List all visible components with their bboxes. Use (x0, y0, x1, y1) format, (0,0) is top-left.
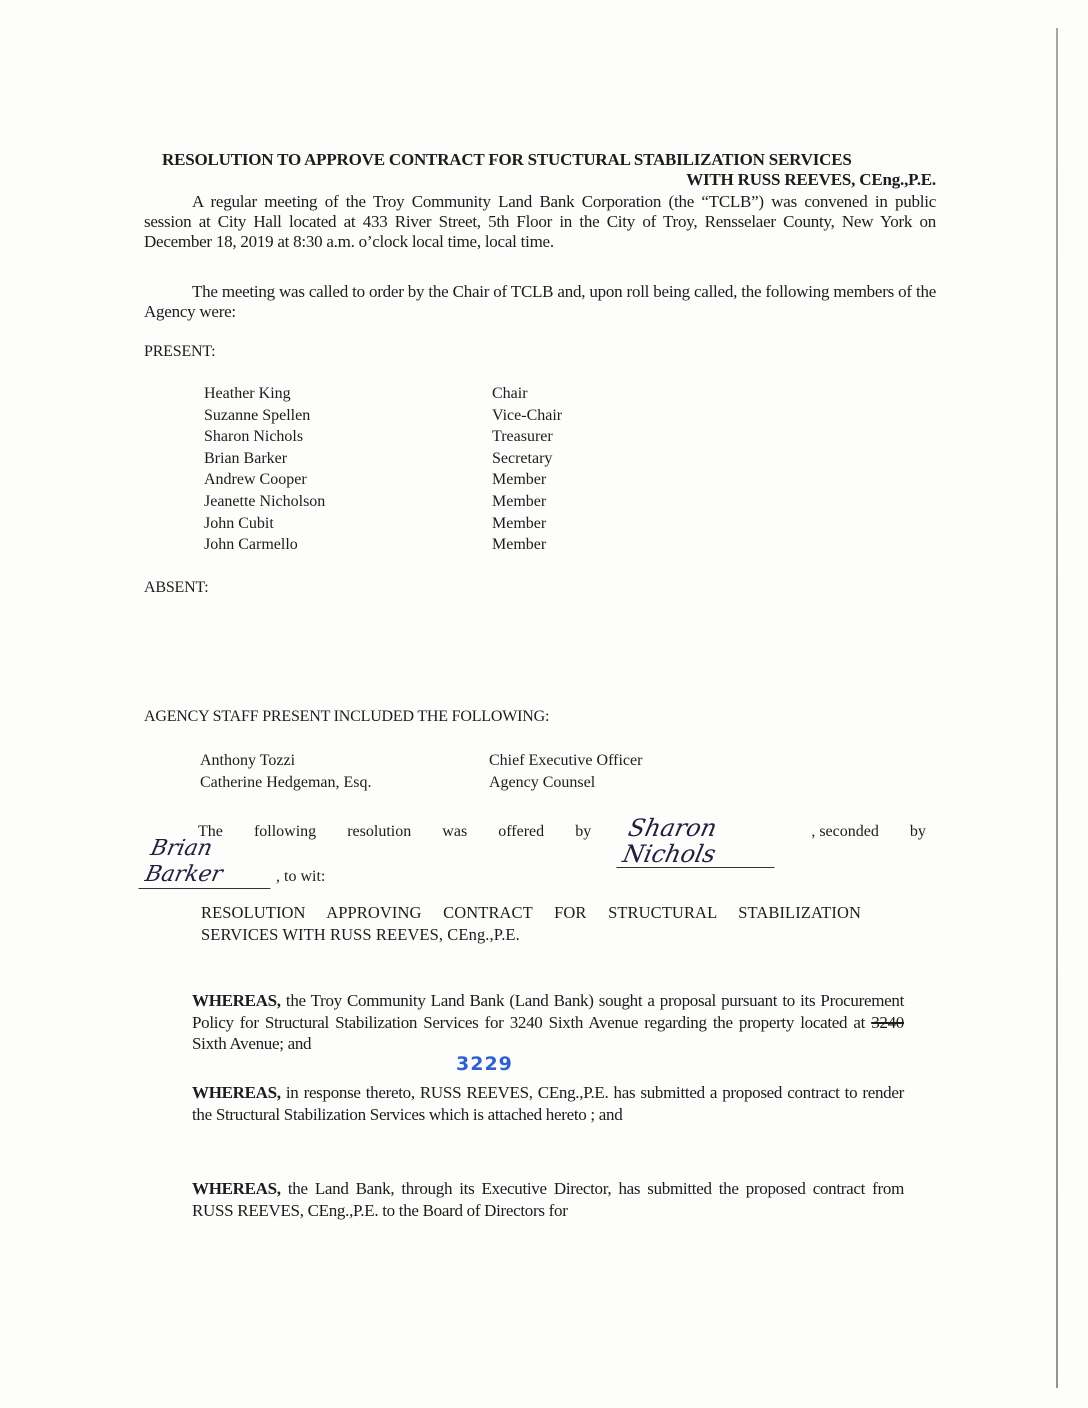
staff-name: Anthony Tozzi (200, 750, 372, 772)
resolution-heading-line-2: SERVICES WITH RUSS REEVES, CEng.,P.E. (201, 925, 520, 944)
roll-call-paragraph: The meeting was called to order by the C… (144, 282, 936, 322)
whereas-text: Sixth Avenue; and (192, 1034, 311, 1053)
struck-address-number: 3240 (871, 1013, 904, 1032)
member-role: Member (492, 491, 562, 513)
member-role: Member (492, 513, 562, 535)
member-name: John Cubit (204, 513, 325, 535)
member-name: Jeanette Nicholson (204, 491, 325, 513)
seconded-by-signature: Brian Barker (138, 836, 281, 889)
staff-role: Chief Executive Officer (489, 750, 642, 772)
whereas-clause-3: WHEREAS, the Land Bank, through its Exec… (192, 1178, 904, 1221)
member-name: Suzanne Spellen (204, 405, 325, 427)
title-line-1: RESOLUTION TO APPROVE CONTRACT FOR STUCT… (162, 150, 936, 170)
member-role: Vice-Chair (492, 405, 562, 427)
whereas-text: in response thereto, RUSS REEVES, CEng.,… (192, 1083, 904, 1124)
present-member-names: Heather King Suzanne Spellen Sharon Nich… (204, 383, 325, 556)
whereas-clause-2: WHEREAS, in response thereto, RUSS REEVE… (192, 1082, 904, 1125)
offer-word: , seconded (811, 823, 879, 841)
title-line-2: WITH RUSS REEVES, CEng.,P.E. (162, 170, 936, 190)
whereas-lead: WHEREAS, (192, 1083, 281, 1102)
offer-word: by (910, 823, 926, 841)
staff-name: Catherine Hedgeman, Esq. (200, 772, 372, 794)
resolution-heading: RESOLUTION APPROVING CONTRACT FOR STRUCT… (201, 902, 861, 946)
offer-word: resolution (347, 823, 411, 841)
resolution-heading-line-1: RESOLUTION APPROVING CONTRACT FOR STRUCT… (201, 902, 861, 924)
staff-roles: Chief Executive Officer Agency Counsel (489, 750, 642, 794)
offer-word: was (442, 823, 467, 841)
present-label: PRESENT: (144, 343, 215, 361)
member-role: Chair (492, 383, 562, 405)
whereas-lead: WHEREAS, (192, 991, 281, 1010)
whereas-clause-1: WHEREAS, the Troy Community Land Bank (L… (192, 990, 904, 1055)
to-wit-text: , to wit: (276, 868, 325, 885)
offered-by-signature: Sharon Nichols (617, 815, 786, 868)
whereas-lead: WHEREAS, (192, 1179, 281, 1198)
member-role: Member (492, 534, 562, 556)
offer-word: by (575, 823, 591, 841)
scan-page-edge (1056, 28, 1058, 1388)
staff-names: Anthony Tozzi Catherine Hedgeman, Esq. (200, 750, 372, 794)
absent-label: ABSENT: (144, 579, 208, 597)
member-name: Sharon Nichols (204, 426, 325, 448)
member-role: Member (492, 469, 562, 491)
staff-role: Agency Counsel (489, 772, 642, 794)
member-name: John Carmello (204, 534, 325, 556)
whereas-text: the Troy Community Land Bank (Land Bank)… (192, 991, 904, 1032)
document-title: RESOLUTION TO APPROVE CONTRACT FOR STUCT… (162, 150, 936, 190)
staff-label: AGENCY STAFF PRESENT INCLUDED THE FOLLOW… (144, 708, 549, 726)
member-name: Andrew Cooper (204, 469, 325, 491)
seconded-by-line: Brian Barker, to wit: (144, 836, 325, 889)
member-name: Brian Barker (204, 448, 325, 470)
member-name: Heather King (204, 383, 325, 405)
member-role: Treasurer (492, 426, 562, 448)
intro-paragraph: A regular meeting of the Troy Community … (144, 192, 936, 252)
whereas-text: the Land Bank, through its Executive Dir… (192, 1179, 904, 1220)
offer-word: offered (498, 823, 544, 841)
handwritten-correction: 3229 (456, 1053, 513, 1075)
member-role: Secretary (492, 448, 562, 470)
present-member-roles: Chair Vice-Chair Treasurer Secretary Mem… (492, 383, 562, 556)
